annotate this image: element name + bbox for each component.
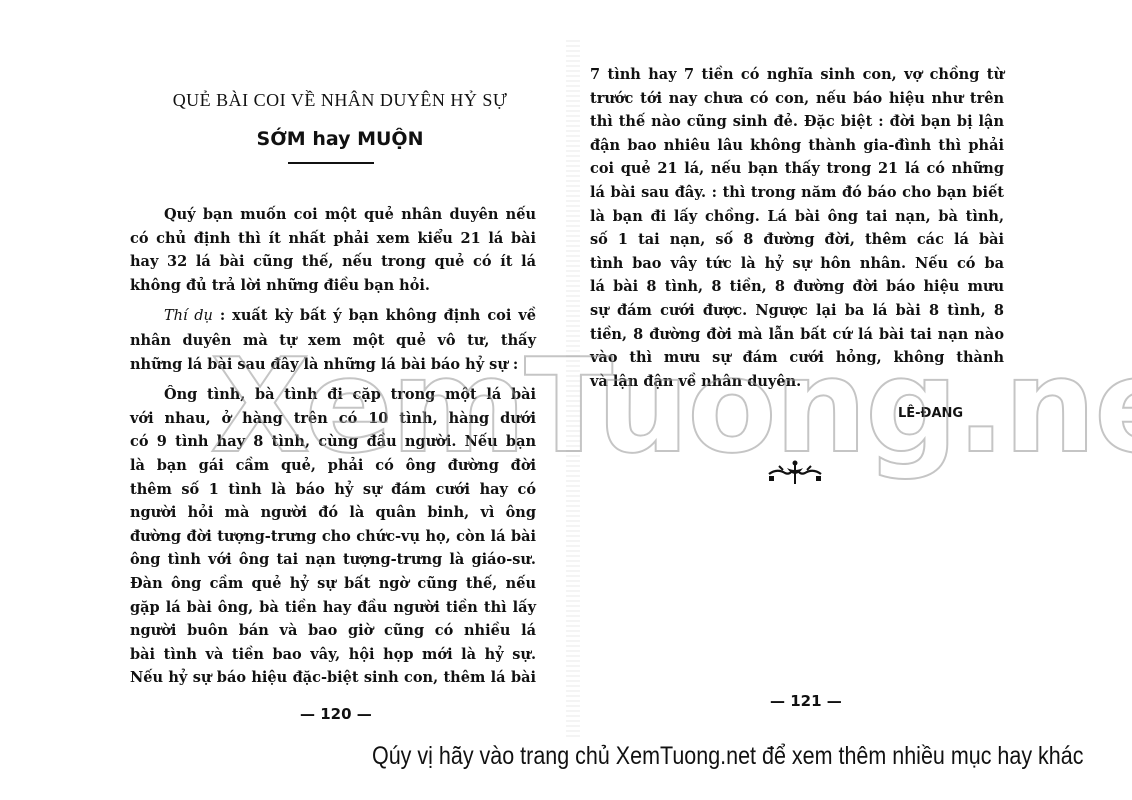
text-line: là bạn gái cầm quẻ, phải có ông đường đờ… bbox=[130, 454, 536, 478]
italic-lead: Thí dụ bbox=[164, 308, 213, 324]
text-line: lá bài sau đây. : thì trong năm đó báo c… bbox=[590, 181, 1004, 205]
author-signature: LÊ-ĐANG bbox=[898, 406, 963, 421]
text-line: là bạn đi lấy chồng. Lá bài ông tai nạn,… bbox=[590, 205, 1004, 229]
text-line: Quý bạn muốn coi một quẻ nhân duyên nếu bbox=[130, 203, 536, 227]
text-line: đường đời tượng-trưng cho chức-vụ họ, cò… bbox=[130, 525, 536, 549]
text-line: Ông tình, bà tình đi cặp trong một lá bà… bbox=[130, 383, 536, 407]
title-underline bbox=[288, 162, 374, 164]
text-line: những lá bài sau đây là những lá bài báo… bbox=[130, 353, 536, 377]
text-line: Thí dụ : xuất kỳ bất ý bạn không định co… bbox=[130, 304, 536, 329]
chapter-title: QUẺ BÀI COI VỀ NHÂN DUYÊN HỶ SỰ bbox=[140, 90, 540, 111]
text-line: Đàn ông cầm quẻ hỷ sự bất ngờ cũng thế, … bbox=[130, 572, 536, 596]
text-line: tình bao vây tức là hỷ sự hôn nhân. Nếu … bbox=[590, 252, 1004, 276]
text-line: Nếu hỷ sự báo hiệu đặc-biệt sinh con, th… bbox=[130, 666, 536, 690]
paragraph: Quý bạn muốn coi một quẻ nhân duyên nếuc… bbox=[130, 203, 536, 297]
left-page-body: Quý bạn muốn coi một quẻ nhân duyên nếuc… bbox=[130, 203, 536, 697]
text-line: bài tình và tiền bao vây, hội họp mới là… bbox=[130, 643, 536, 667]
text-line: và lận đận về nhân duyên. bbox=[590, 370, 1004, 394]
right-page-body: 7 tình hay 7 tiền có nghĩa sinh con, vợ … bbox=[590, 63, 1004, 393]
text-line: không đủ trả lời những điều bạn hỏi. bbox=[130, 274, 536, 298]
text-line: có chủ định thì ít nhất phải xem kiểu 21… bbox=[130, 227, 536, 251]
text-line: 7 tình hay 7 tiền có nghĩa sinh con, vợ … bbox=[590, 63, 1004, 87]
text-line: lá bài 8 tình, 8 tiền, 8 đường đời báo h… bbox=[590, 275, 1004, 299]
text-line: tiền, 8 đường đời mà lẫn bất cứ lá bài t… bbox=[590, 323, 1004, 347]
footer-banner: Qúy vị hãy vào trang chủ XemTuong.net để… bbox=[372, 742, 1083, 771]
chapter-subtitle: SỚM hay MUỘN bbox=[140, 128, 540, 150]
text-line: số 1 tai nạn, số 8 đường đời, thêm các l… bbox=[590, 228, 1004, 252]
floral-ornament-icon bbox=[765, 458, 825, 486]
text-line: người hỏi mà người đó là quân binh, vì ô… bbox=[130, 501, 536, 525]
page-number-right: — 121 — bbox=[770, 692, 842, 710]
text-line: ông tình với ông tai nạn tượng-trưng là … bbox=[130, 548, 536, 572]
text-line: với nhau, ở hàng trên có 10 tình, hàng d… bbox=[130, 407, 536, 431]
text-line: sự đám cưới được. Ngược lại ba lá bài 8 … bbox=[590, 299, 1004, 323]
paragraph: Ông tình, bà tình đi cặp trong một lá bà… bbox=[130, 383, 536, 690]
text-line: đận bao nhiêu lâu không thành gia-đình t… bbox=[590, 134, 1004, 158]
text-line: trước tới nay chưa có con, nếu báo hiệu … bbox=[590, 87, 1004, 111]
text-line: thì thế nào cũng sinh đẻ. Đặc biệt : đời… bbox=[590, 110, 1004, 134]
paragraph: Thí dụ : xuất kỳ bất ý bạn không định co… bbox=[130, 304, 536, 376]
text-line: có 9 tình hay 8 tình, cùng đầu người. Nế… bbox=[130, 430, 536, 454]
page-number-left: — 120 — bbox=[300, 705, 372, 723]
text-line: vào thì mưu sự đám cưới hỏng, không thàn… bbox=[590, 346, 1004, 370]
text-line: hay 32 lá bài cũng thế, nếu trong quẻ có… bbox=[130, 250, 536, 274]
text-line: người buôn bán và bao giờ cũng có nhiều … bbox=[130, 619, 536, 643]
text-line: coi quẻ 21 lá, nếu bạn thấy trong 21 lá … bbox=[590, 157, 1004, 181]
text-line: nhân duyên mà tự xem một quẻ vô tư, thấy bbox=[130, 329, 536, 353]
text-line: gặp lá bài ông, bà tiền hay đầu người ti… bbox=[130, 596, 536, 620]
text-line: thêm số 1 tình là báo hỷ sự đám cưới hay… bbox=[130, 478, 536, 502]
